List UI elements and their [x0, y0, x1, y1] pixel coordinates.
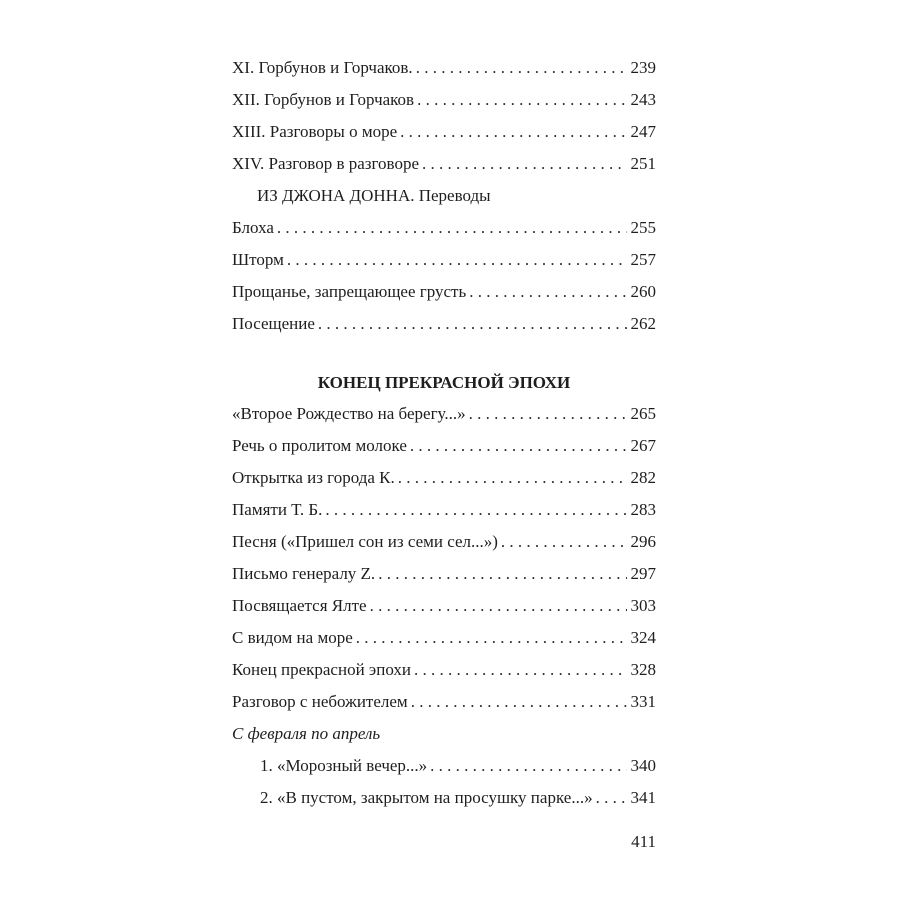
toc-entry: Памяти Т. Б. 283	[232, 498, 656, 522]
entry-title: 1. «Морозный вечер...»	[260, 754, 427, 778]
entry-title: Прощанье, запрещающее грусть	[232, 280, 466, 304]
dot-leader	[410, 434, 627, 458]
page-number: 411	[631, 830, 656, 854]
entry-page: 297	[631, 562, 657, 586]
toc-entry: Посвящается Ялте 303	[232, 594, 656, 618]
entry-page: 255	[631, 216, 657, 240]
entry-title: Открытка из города К.	[232, 466, 395, 490]
dot-leader	[430, 754, 626, 778]
toc-entry: Открытка из города К. 282	[232, 466, 656, 490]
dot-leader	[422, 152, 627, 176]
entry-title: Конец прекрасной эпохи	[232, 658, 411, 682]
dot-leader	[356, 626, 627, 650]
dot-leader	[378, 562, 626, 586]
toc-entry: Посещение 262	[232, 312, 656, 336]
entry-title: «Второе Рождество на берегу...»	[232, 402, 466, 426]
entry-title: Письмо генералу Z.	[232, 562, 375, 586]
dot-leader	[416, 56, 627, 80]
entry-title: Посещение	[232, 312, 315, 336]
dot-leader	[277, 216, 627, 240]
dot-leader	[469, 402, 627, 426]
entry-page: 257	[631, 248, 657, 272]
entry-page: 283	[631, 498, 657, 522]
dot-leader	[398, 466, 627, 490]
dot-leader	[318, 312, 627, 336]
entry-page: 265	[631, 402, 657, 426]
entry-title: Песня («Пришел сон из семи сел...»)	[232, 530, 498, 554]
toc-entry: 1. «Морозный вечер...» 340	[260, 754, 656, 778]
entry-title: Посвящается Ялте	[232, 594, 367, 618]
dot-leader	[325, 498, 626, 522]
toc-entry: Шторм 257	[232, 248, 656, 272]
entry-page: 282	[631, 466, 657, 490]
toc-entry: Разговор с небожителем 331	[232, 690, 656, 714]
entry-title: XIV. Разговор в разговоре	[232, 152, 419, 176]
entry-page: 328	[631, 658, 657, 682]
dot-leader	[469, 280, 626, 304]
entry-title: XIII. Разговоры о море	[232, 120, 397, 144]
toc-entry: Конец прекрасной эпохи 328	[232, 658, 656, 682]
entry-page: 243	[631, 88, 657, 112]
toc-entry: С видом на море 324	[232, 626, 656, 650]
toc-entry: XII. Горбунов и Горчаков 243	[232, 88, 656, 112]
entry-page: 262	[631, 312, 657, 336]
toc-page: XI. Горбунов и Горчаков. 239 XII. Горбун…	[232, 0, 656, 900]
entry-page: 340	[631, 754, 657, 778]
dot-leader	[287, 248, 627, 272]
toc-entry: Прощанье, запрещающее грусть 260	[232, 280, 656, 304]
dot-leader	[596, 786, 627, 810]
subheading-donne: ИЗ ДЖОНА ДОННА. Переводы	[257, 184, 491, 208]
section-title: КОНЕЦ ПРЕКРАСНОЙ ЭПОХИ	[232, 371, 656, 395]
entry-title: XII. Горбунов и Горчаков	[232, 88, 414, 112]
toc-entry: Письмо генералу Z. 297	[232, 562, 656, 586]
entry-page: 251	[631, 152, 657, 176]
entry-page: 303	[631, 594, 657, 618]
entry-title: XI. Горбунов и Горчаков.	[232, 56, 413, 80]
entry-page: 267	[631, 434, 657, 458]
entry-page: 296	[631, 530, 657, 554]
entry-page: 341	[631, 786, 657, 810]
dot-leader	[417, 88, 626, 112]
entry-title: Шторм	[232, 248, 284, 272]
entry-title: Блоха	[232, 216, 274, 240]
entry-title: 2. «В пустом, закрытом на просушку парке…	[260, 786, 593, 810]
toc-entry: Блоха 255	[232, 216, 656, 240]
entry-page: 331	[631, 690, 657, 714]
toc-entry: XIII. Разговоры о море 247	[232, 120, 656, 144]
cycle-heading: С февраля по апрель	[232, 722, 380, 746]
entry-title: Памяти Т. Б.	[232, 498, 322, 522]
entry-title: С видом на море	[232, 626, 353, 650]
toc-entry: «Второе Рождество на берегу...» 265	[232, 402, 656, 426]
entry-page: 239	[631, 56, 657, 80]
toc-entry: XI. Горбунов и Горчаков. 239	[232, 56, 656, 80]
entry-title: Речь о пролитом молоке	[232, 434, 407, 458]
entry-page: 247	[631, 120, 657, 144]
toc-entry: XIV. Разговор в разговоре 251	[232, 152, 656, 176]
dot-leader	[411, 690, 627, 714]
dot-leader	[414, 658, 627, 682]
toc-entry: 2. «В пустом, закрытом на просушку парке…	[260, 786, 656, 810]
entry-page: 324	[631, 626, 657, 650]
dot-leader	[370, 594, 627, 618]
toc-entry: Песня («Пришел сон из семи сел...») 296	[232, 530, 656, 554]
toc-entry: Речь о пролитом молоке 267	[232, 434, 656, 458]
dot-leader	[400, 120, 626, 144]
entry-page: 260	[631, 280, 657, 304]
dot-leader	[501, 530, 627, 554]
entry-title: Разговор с небожителем	[232, 690, 408, 714]
